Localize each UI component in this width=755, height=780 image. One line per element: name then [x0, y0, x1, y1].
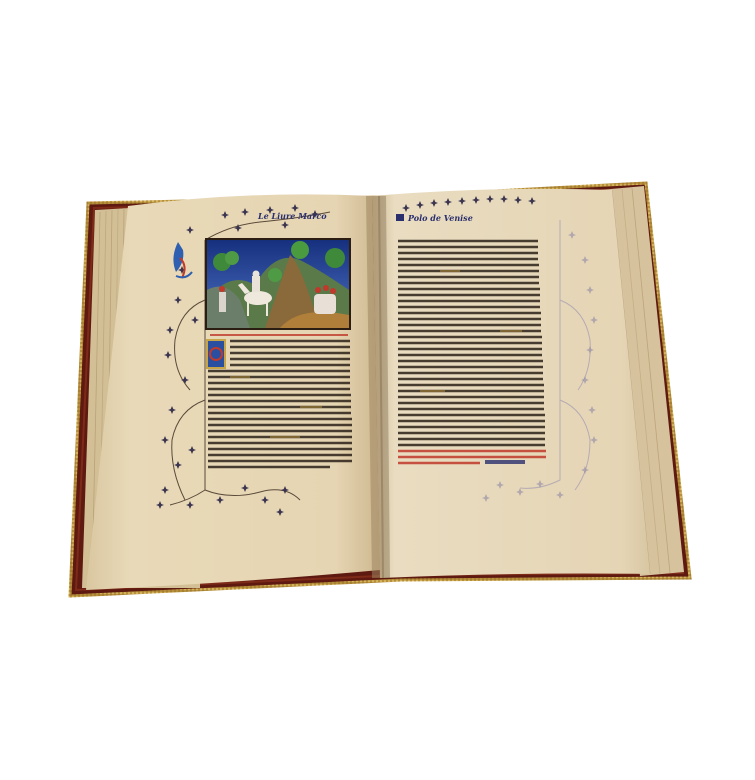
right-text-block: [398, 241, 545, 445]
right-running-header: Polo de Venise: [407, 213, 473, 223]
manuscript-scene: Le Liure Marco: [0, 0, 755, 780]
miniature-illustration: [205, 238, 351, 330]
left-running-header: Le Liure Marco: [257, 211, 327, 221]
book-illustration: Le Liure Marco: [0, 0, 755, 780]
decorated-initial: [206, 339, 226, 369]
